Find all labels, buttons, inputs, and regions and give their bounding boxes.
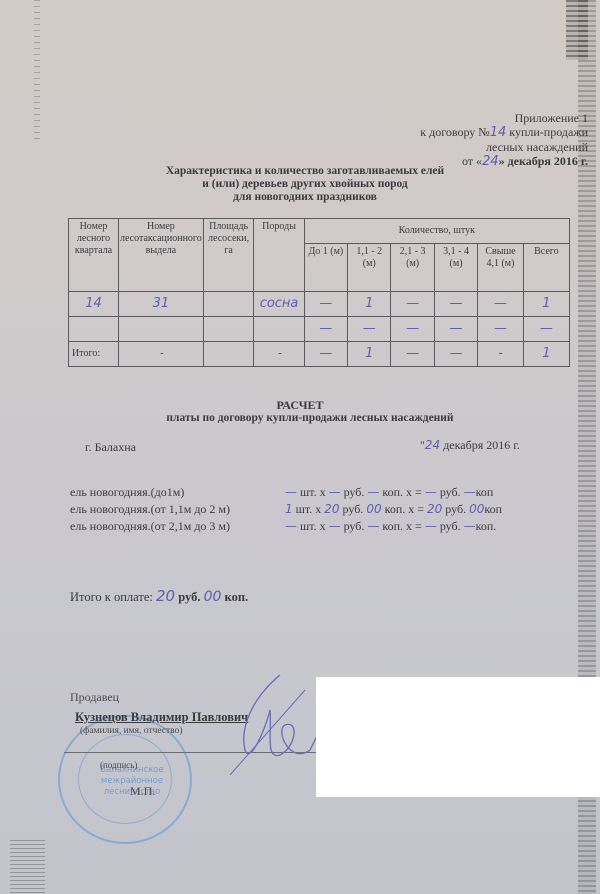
total-kop: 00: [204, 589, 222, 605]
seal-label: М.П.: [130, 784, 155, 799]
appendix-line2: к договору №14 купли-продажи: [420, 125, 588, 140]
appendix-line1: Приложение 1: [420, 111, 588, 125]
table-header-row: Номер лесного квартала Номер лесотаксаци…: [69, 219, 570, 244]
seller-label: Продавец: [70, 690, 119, 705]
header-size: 1,1 - 2 (м): [348, 244, 391, 292]
city: г. Балахна: [85, 440, 136, 455]
header-size: Всего: [523, 244, 569, 292]
header-section: Номер лесотаксационного выдела: [118, 219, 203, 292]
header-species: Породы: [254, 219, 304, 292]
calculation-subheading: платы по договору купли-продажи лесных н…: [0, 412, 600, 424]
redacted-area: [316, 677, 600, 797]
header-area: Площадь лесосеки, га: [203, 219, 254, 292]
seller-name-hint: (фамилия, имя, отчество): [80, 726, 183, 736]
table-row: 14 31 сосна — 1 — — — 1: [69, 292, 570, 317]
quantity-table: Номер лесного квартала Номер лесотаксаци…: [68, 218, 570, 367]
handwritten-signature: [210, 670, 330, 780]
table-total-row: Итого: - - — 1 — — - 1: [69, 342, 570, 367]
appendix-header: Приложение 1 к договору №14 купли-продаж…: [420, 111, 588, 169]
calculation-date: "24 декабря 2016 г.: [420, 438, 520, 453]
total-to-pay: Итого к оплате: 20 руб. 00 коп.: [70, 587, 248, 605]
header-quarter: Номер лесного квартала: [69, 219, 119, 292]
signature-hint: (подпись): [100, 760, 137, 770]
header-size: 2,1 - 3 (м): [391, 244, 434, 292]
calculation-heading: РАСЧЕТ: [0, 398, 600, 413]
scan-artifact: [34, 0, 40, 140]
header-size: До 1 (м): [304, 244, 347, 292]
appendix-line3: лесных насаждений: [420, 140, 588, 154]
header-size: 3,1 - 4 (м): [434, 244, 477, 292]
contract-day: 24: [482, 154, 499, 169]
total-rub: 20: [156, 587, 175, 605]
table-row: — — — — — —: [69, 317, 570, 342]
scan-artifact: [10, 840, 45, 894]
document-title: Характеристика и количество заготавливае…: [150, 165, 460, 204]
contract-number: 14: [490, 125, 507, 140]
header-size: Свыше 4,1 (м): [478, 244, 523, 292]
header-quantity: Количество, штук: [304, 219, 569, 244]
